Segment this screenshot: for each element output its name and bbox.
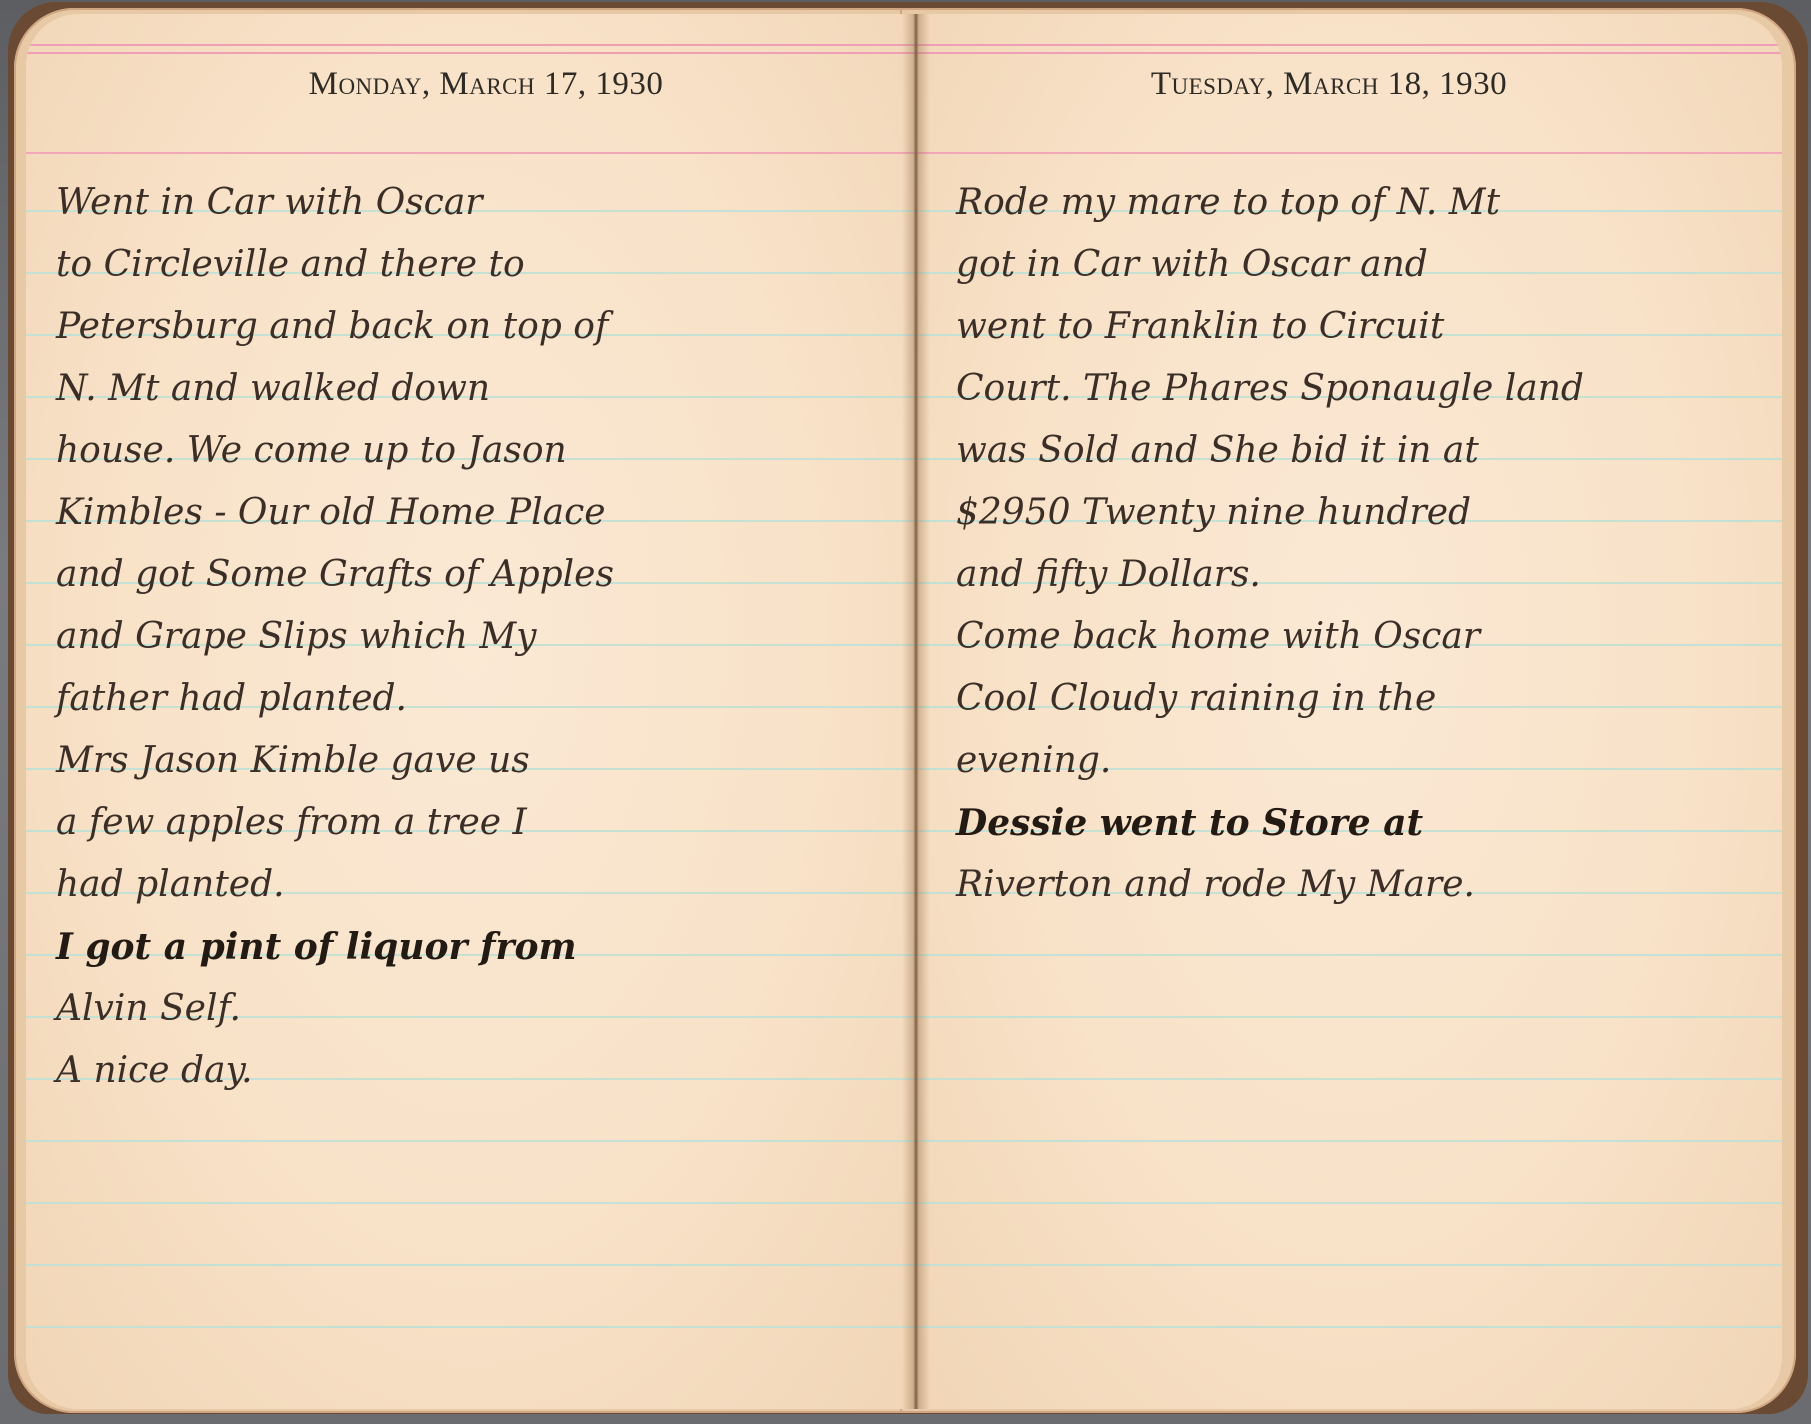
ruled-line <box>916 1326 1782 1328</box>
left-diary-entry: Went in Car with Oscar to Circleville an… <box>56 172 614 1102</box>
ruled-line <box>916 1202 1782 1204</box>
ruled-line <box>26 1202 916 1204</box>
entry-line: father had planted. <box>56 668 614 730</box>
entry-line: went to Franklin to Circuit <box>956 296 1584 358</box>
entry-line: to Circleville and there to <box>56 234 614 296</box>
entry-line: Alvin Self. <box>56 978 614 1040</box>
right-diary-entry: Rode my mare to top of N. Mt got in Car … <box>956 172 1584 916</box>
entry-line: and got Some Grafts of Apples <box>56 544 614 606</box>
ruled-line <box>26 1264 916 1266</box>
entry-line: N. Mt and walked down <box>56 358 614 420</box>
entry-line: Petersburg and back on top of <box>56 296 614 358</box>
pink-rule <box>916 44 1782 46</box>
entry-line: evening. <box>956 730 1584 792</box>
pink-header-rule <box>916 152 1782 154</box>
pink-header-rule <box>26 152 916 154</box>
ruled-line <box>916 1078 1782 1080</box>
entry-line: a few apples from a tree I <box>56 792 614 854</box>
right-date-header: Tuesday, March 18, 1930 <box>916 66 1782 103</box>
entry-line: Mrs Jason Kimble gave us <box>56 730 614 792</box>
entry-line: I got a pint of liquor from <box>56 916 614 978</box>
entry-line: Rode my mare to top of N. Mt <box>956 172 1584 234</box>
pink-rule <box>916 52 1782 54</box>
ruled-line <box>26 1140 916 1142</box>
right-page: Tuesday, March 18, 1930 Rode my mare to … <box>916 14 1782 1409</box>
pink-rule <box>26 52 916 54</box>
entry-line: Kimbles - Our old Home Place <box>56 482 614 544</box>
entry-line: and Grape Slips which My <box>56 606 614 668</box>
entry-line: Went in Car with Oscar <box>56 172 614 234</box>
entry-line: Cool Cloudy raining in the <box>956 668 1584 730</box>
left-date-header: Monday, March 17, 1930 <box>26 66 916 103</box>
entry-line: Riverton and rode My Mare. <box>956 854 1584 916</box>
pink-rule <box>26 44 916 46</box>
entry-line: A nice day. <box>56 1040 614 1102</box>
entry-line: house. We come up to Jason <box>56 420 614 482</box>
ruled-line <box>916 1016 1782 1018</box>
entry-line: got in Car with Oscar and <box>956 234 1584 296</box>
ruled-line <box>916 1264 1782 1266</box>
entry-line: was Sold and She bid it in at <box>956 420 1584 482</box>
entry-line: had planted. <box>56 854 614 916</box>
ruled-line <box>26 1326 916 1328</box>
ruled-line <box>916 954 1782 956</box>
book-spine-gutter <box>902 14 930 1409</box>
entry-line: Dessie went to Store at <box>956 792 1584 854</box>
left-page: Monday, March 17, 1930 Went in Car with … <box>26 14 916 1409</box>
entry-line: Come back home with Oscar <box>956 606 1584 668</box>
entry-line: Court. The Phares Sponaugle land <box>956 358 1584 420</box>
ruled-line <box>916 1140 1782 1142</box>
entry-line: and fifty Dollars. <box>956 544 1584 606</box>
entry-line: $2950 Twenty nine hundred <box>956 482 1584 544</box>
